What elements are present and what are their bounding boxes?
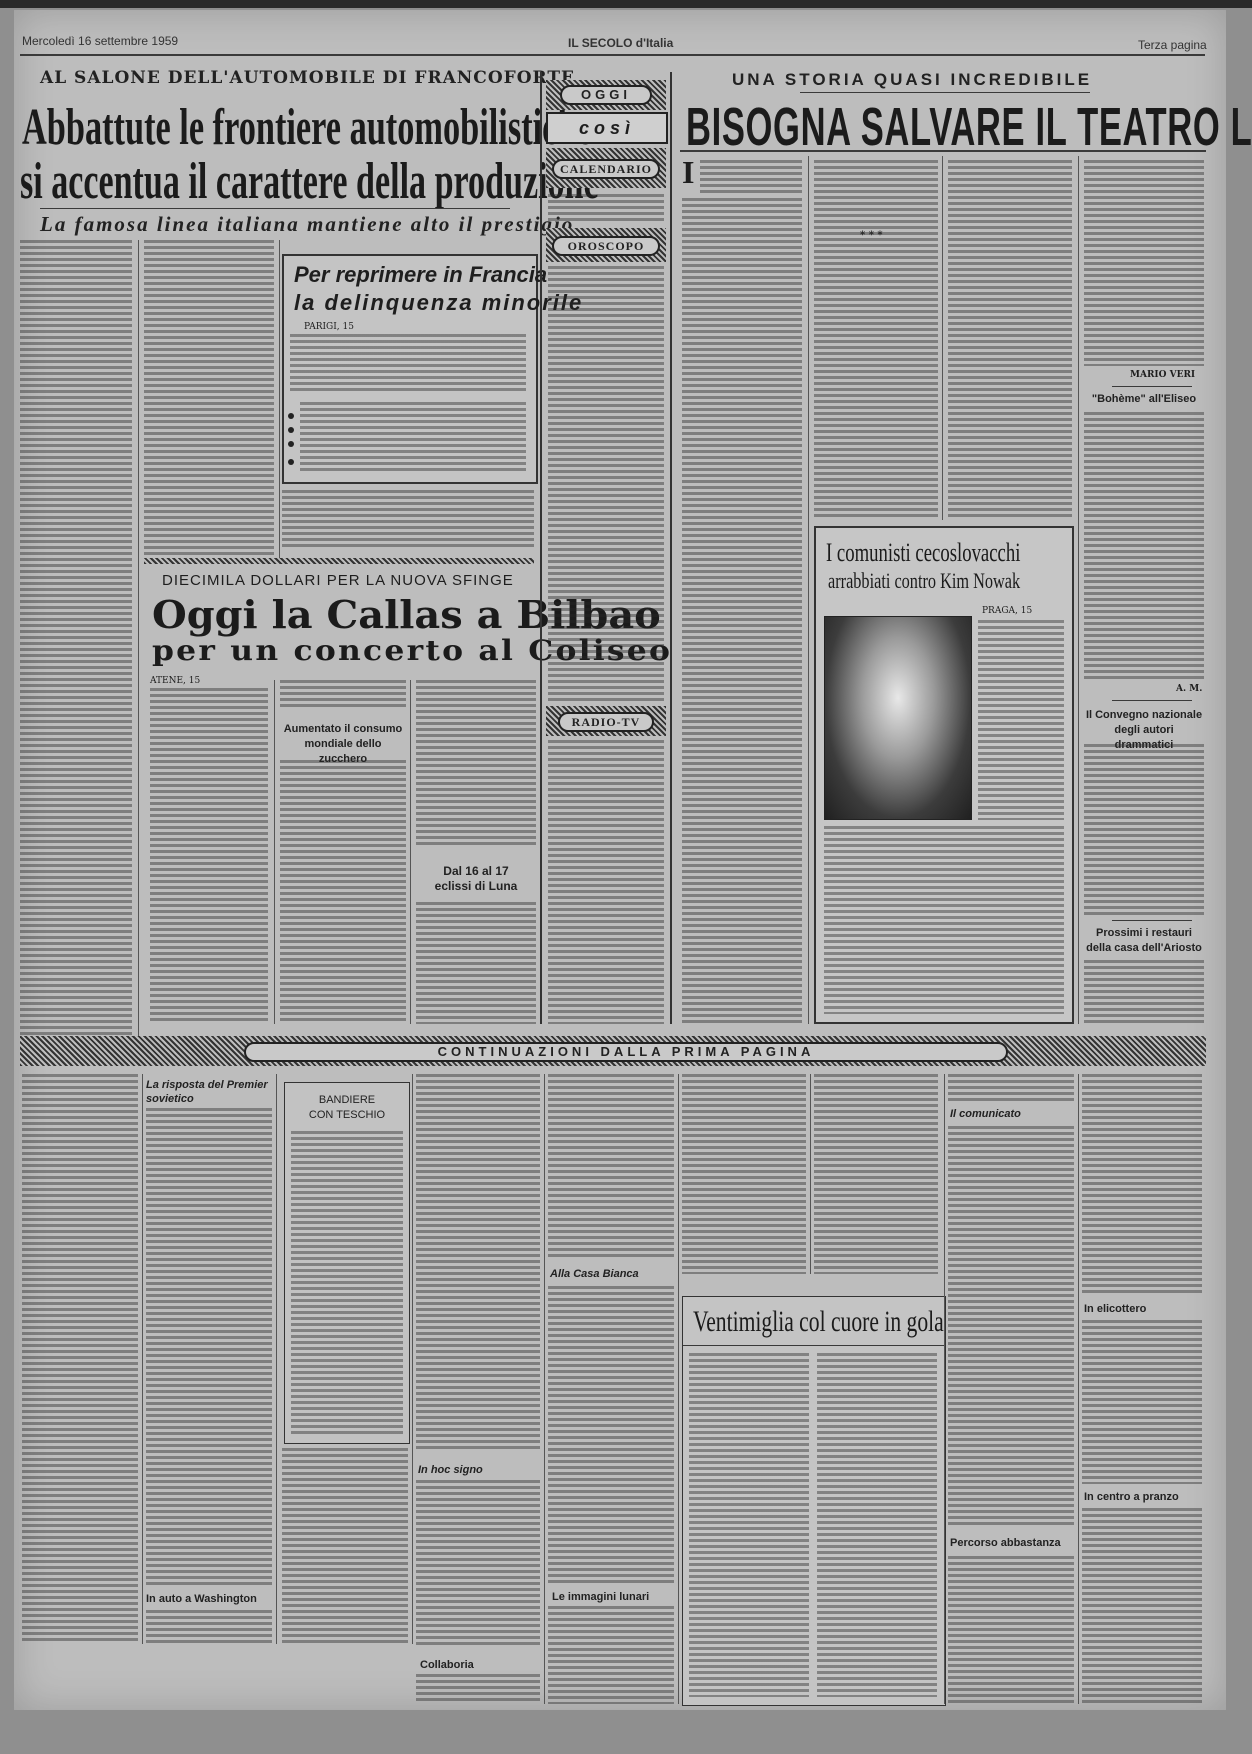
oggi-label: OGGI xyxy=(560,85,652,105)
cont-subhead-hoc-signo: In hoc signo xyxy=(418,1464,483,1476)
cont-subhead-risposta: La risposta del Premier sovietico xyxy=(146,1078,272,1106)
callas-text-3 xyxy=(416,680,536,846)
cont-subhead-casa-bianca: Alla Casa Bianca xyxy=(550,1268,639,1280)
right-text-2 xyxy=(1084,412,1204,680)
france-bullet-text xyxy=(300,402,526,472)
ventimiglia-headline: Ventimiglia col cuore in gola xyxy=(693,1305,944,1339)
theatre-text-1 xyxy=(682,198,802,1024)
callas-text-2 xyxy=(280,680,406,708)
cont-col-4 xyxy=(416,1074,540,1450)
column-rule xyxy=(279,240,280,560)
theatre-headline: BISOGNA SALVARE IL TEATRO LIRICO xyxy=(686,96,1252,158)
column-rule xyxy=(1078,156,1079,1024)
nowak-headline-2: arrabbiati contro Kim Nowak xyxy=(828,568,1020,594)
cont-col-1 xyxy=(22,1074,138,1644)
paper-name: IL SECOLO d'Italia xyxy=(568,36,673,50)
theatre-kicker: UNA STORIA QUASI INCREDIBILE xyxy=(732,70,1092,90)
column-rule xyxy=(1078,1074,1079,1704)
theatre-headline-rule xyxy=(680,150,1206,152)
france-text xyxy=(290,334,526,394)
skull-flags-headline: BANDIERE CON TESCHIO xyxy=(285,1093,409,1123)
calendario-text xyxy=(548,194,664,224)
eclipse-headline: Dal 16 al 17 eclissi di Luna xyxy=(416,864,536,894)
column-rule xyxy=(810,1074,811,1274)
item-rule xyxy=(1112,700,1192,701)
cont-col-8b xyxy=(948,1126,1074,1526)
callas-top-rule xyxy=(144,558,534,564)
cont-col-9b xyxy=(1082,1320,1202,1484)
restauri-headline-2: della casa dell'Ariosto xyxy=(1084,941,1204,956)
column-rule xyxy=(410,680,411,1024)
calendario-band: CALENDARIO xyxy=(546,148,666,188)
skull-flags-box: BANDIERE CON TESCHIO xyxy=(284,1082,410,1444)
bullet-icon xyxy=(288,441,294,447)
ventimiglia-rule xyxy=(683,1345,945,1346)
radio-tv-band: RADIO-TV xyxy=(546,706,666,736)
ventimiglia-box: Ventimiglia col cuore in gola xyxy=(682,1296,946,1706)
sidebar-left-rule xyxy=(540,72,542,1024)
right-text-3 xyxy=(1084,744,1204,916)
callas-dateline: ATENE, 15 xyxy=(150,676,200,686)
item-rule xyxy=(1112,386,1192,387)
sugar-headline-1: Aumentato il consumo xyxy=(280,722,406,737)
theatre-text-1a xyxy=(700,160,802,196)
right-text-1 xyxy=(1084,160,1204,366)
cont-col-5b xyxy=(548,1286,674,1586)
theatre-text-2 xyxy=(814,160,938,520)
issue-date: Mercoledì 16 settembre 1959 xyxy=(22,34,178,48)
oroscopo-label: OROSCOPO xyxy=(552,236,660,256)
column-rule xyxy=(678,1074,679,1704)
calendario-label: CALENDARIO xyxy=(552,159,660,179)
column-rule xyxy=(808,156,809,1024)
cont-subhead-washington: In auto a Washington xyxy=(146,1592,257,1607)
column-rule xyxy=(276,1074,277,1644)
nowak-box: I comunisti cecoslovacchi arrabbiati con… xyxy=(814,526,1074,1024)
nowak-headline-1: I comunisti cecoslovacchi xyxy=(826,538,1020,568)
cont-col-4c xyxy=(416,1674,540,1704)
cont-subhead-percorso: Percorso abbastanza xyxy=(950,1536,1061,1551)
radio-tv-label: RADIO-TV xyxy=(558,712,654,732)
oroscopo-band: OROSCOPO xyxy=(546,228,666,262)
cont-col-4b xyxy=(416,1480,540,1648)
continuations-band: CONTINUAZIONI DALLA PRIMA PAGINA xyxy=(20,1036,1206,1066)
bullet-icon xyxy=(288,459,294,465)
continuations-banner: CONTINUAZIONI DALLA PRIMA PAGINA xyxy=(244,1042,1008,1062)
masthead-rule xyxy=(20,54,1205,56)
eclipse-text xyxy=(416,902,536,1024)
scan-top-edge xyxy=(0,0,1252,8)
drop-cap: I xyxy=(682,158,694,186)
column-rule xyxy=(544,1074,545,1704)
nowak-text-2 xyxy=(824,826,1064,1014)
cont-col-6 xyxy=(682,1074,806,1274)
auto-headline-1: Abbattute le frontiere automobilistiche xyxy=(22,98,592,157)
column-rule xyxy=(942,156,943,520)
cont-col-8c xyxy=(948,1556,1074,1704)
cosi-label: così xyxy=(546,112,668,144)
auto-subheadline: La famosa linea italiana mantiene alto i… xyxy=(40,212,574,237)
cont-subhead-comunicato: Il comunicato xyxy=(950,1108,1021,1120)
cont-subhead-collaboria: Collaboria xyxy=(420,1658,474,1673)
skull-flags-text xyxy=(291,1131,403,1435)
radio-tv-text xyxy=(548,740,664,1024)
france-headline-1: Per reprimere in Francia xyxy=(294,262,547,288)
cont-col-9 xyxy=(1082,1074,1202,1296)
right-text-4 xyxy=(1084,960,1204,1024)
ventimiglia-text-2 xyxy=(817,1353,937,1697)
theatre-separator: * * * xyxy=(860,230,883,241)
cont-subhead-pranzo: In centro a pranzo xyxy=(1084,1490,1179,1505)
restauri-headline: Prossimi i restauri della casa dell'Ario… xyxy=(1084,926,1204,956)
cont-col-5c xyxy=(548,1606,674,1704)
cont-subhead-immagini-lunari: Le immagini lunari xyxy=(552,1590,649,1605)
kim-novak-photo xyxy=(824,616,972,820)
auto-kicker: AL SALONE DELL'AUTOMOBILE DI FRANCOFORTE xyxy=(40,68,575,88)
cont-col-3 xyxy=(282,1448,408,1644)
theatre-kicker-rule xyxy=(800,92,1090,93)
column-rule xyxy=(274,680,275,1024)
cont-col-2 xyxy=(146,1108,272,1588)
auto-text-col-2 xyxy=(144,240,274,560)
auto-headline-2: si accentua il carattere della produzion… xyxy=(20,152,599,211)
cont-subhead-elicottero: In elicottero xyxy=(1084,1302,1146,1317)
auto-text-col-1 xyxy=(20,240,132,1040)
nowak-dateline: PRAGA, 15 xyxy=(982,606,1032,616)
convegno-headline-1: Il Convegno nazionale xyxy=(1084,708,1204,723)
column-rule xyxy=(142,1074,143,1644)
column-rule xyxy=(944,1074,945,1704)
skull-flags-headline-1: BANDIERE xyxy=(285,1093,409,1108)
nowak-text-1 xyxy=(978,620,1064,820)
signature-am: A. M. xyxy=(1176,684,1202,694)
eclipse-headline-1: Dal 16 al 17 xyxy=(416,864,536,879)
theatre-text-3 xyxy=(948,160,1072,520)
signature-mario-veri: MARIO VERI xyxy=(1130,370,1195,380)
cont-col-2b xyxy=(146,1610,272,1644)
oggi-band: OGGI xyxy=(546,80,666,110)
sidebar-right-rule xyxy=(670,72,672,1024)
skull-flags-headline-2: CON TESCHIO xyxy=(285,1108,409,1123)
france-dateline: PARIGI, 15 xyxy=(304,322,354,332)
column-rule xyxy=(412,1074,413,1644)
restauri-headline-1: Prossimi i restauri xyxy=(1084,926,1204,941)
ventimiglia-text-1 xyxy=(689,1353,809,1697)
subhead-rule xyxy=(40,208,510,209)
item-rule xyxy=(1112,920,1192,921)
cont-col-8 xyxy=(948,1074,1074,1104)
cont-col-7 xyxy=(814,1074,938,1274)
cont-col-5 xyxy=(548,1074,674,1260)
page-label: Terza pagina xyxy=(1138,38,1207,52)
sugar-text xyxy=(280,760,406,1024)
callas-text-1 xyxy=(150,688,268,1024)
oroscopo-text xyxy=(548,266,664,702)
boheme-headline: "Bohème" all'Eliseo xyxy=(1084,392,1204,407)
france-box: Per reprimere in Francia la delinquenza … xyxy=(282,254,538,484)
eclipse-headline-2: eclissi di Luna xyxy=(416,879,536,894)
column-rule xyxy=(138,240,139,1040)
callas-kicker: DIECIMILA DOLLARI PER LA NUOVA SFINGE xyxy=(162,572,514,589)
cont-col-9c xyxy=(1082,1508,1202,1704)
auto-text-col-3 xyxy=(282,490,534,550)
